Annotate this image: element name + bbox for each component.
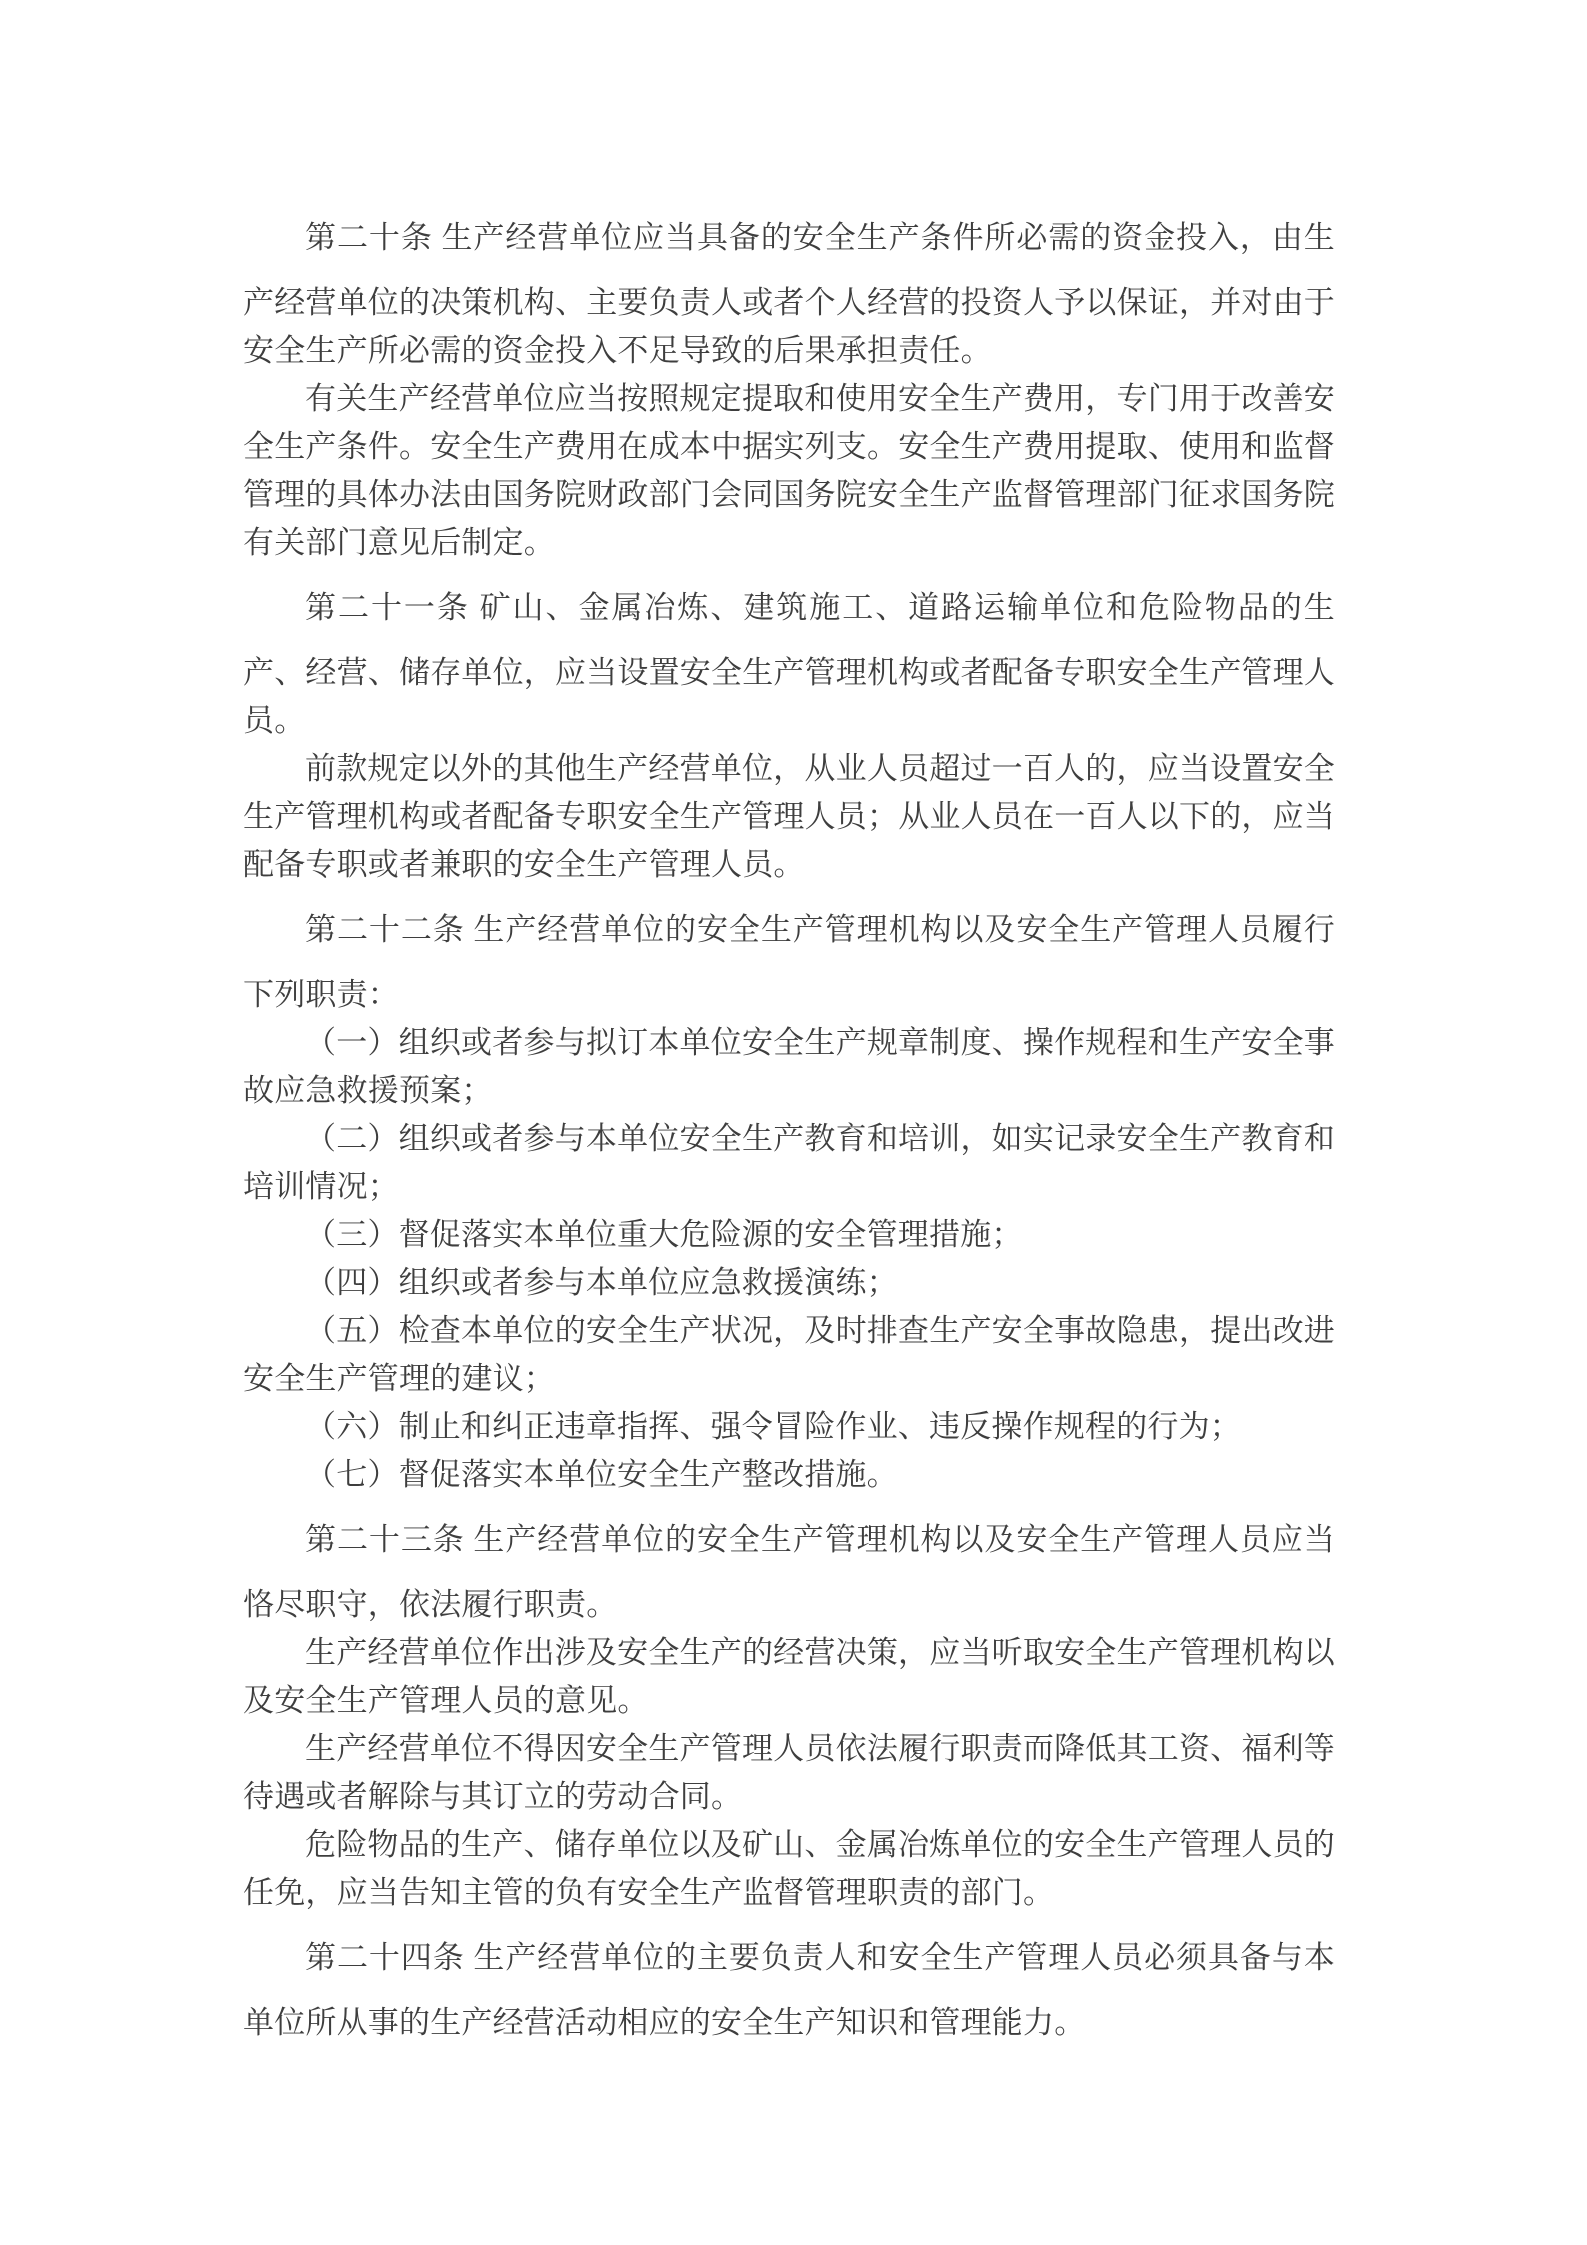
body-paragraph: 危险物品的生产、储存单位以及矿山、金属冶炼单位的安全生产管理人员的任免，应当告知… (243, 1821, 1335, 1917)
article-paragraph: 第二十二条 生产经营单位的安全生产管理机构以及安全生产管理人员履行下列职责： (243, 889, 1335, 1019)
body-paragraph: （五）检查本单位的安全生产状况，及时排查生产安全事故隐患，提出改进安全生产管理的… (243, 1307, 1335, 1403)
body-paragraph: 前款规定以外的其他生产经营单位，从业人员超过一百人的，应当设置安全生产管理机构或… (243, 745, 1335, 889)
body-paragraph: （一）组织或者参与拟订本单位安全生产规章制度、操作规程和生产安全事故应急救援预案… (243, 1019, 1335, 1115)
body-paragraph: （二）组织或者参与本单位安全生产教育和培训，如实记录安全生产教育和培训情况； (243, 1115, 1335, 1211)
body-paragraph: 生产经营单位作出涉及安全生产的经营决策，应当听取安全生产管理机构以及安全生产管理… (243, 1629, 1335, 1725)
article-paragraph: 第二十条 生产经营单位应当具备的安全生产条件所必需的资金投入，由生产经营单位的决… (243, 197, 1335, 375)
body-paragraph: （六）制止和纠正违章指挥、强令冒险作业、违反操作规程的行为； (243, 1403, 1335, 1451)
article-paragraph: 第二十一条 矿山、金属冶炼、建筑施工、道路运输单位和危险物品的生产、经营、储存单… (243, 567, 1335, 745)
article-paragraph: 第二十三条 生产经营单位的安全生产管理机构以及安全生产管理人员应当恪尽职守，依法… (243, 1499, 1335, 1629)
body-paragraph: 生产经营单位不得因安全生产管理人员依法履行职责而降低其工资、福利等待遇或者解除与… (243, 1725, 1335, 1821)
body-paragraph: （三）督促落实本单位重大危险源的安全管理措施； (243, 1211, 1335, 1259)
body-paragraph: （四）组织或者参与本单位应急救援演练； (243, 1259, 1335, 1307)
body-paragraph: （七）督促落实本单位安全生产整改措施。 (243, 1451, 1335, 1499)
document-page: 第二十条 生产经营单位应当具备的安全生产条件所必需的资金投入，由生产经营单位的决… (0, 0, 1587, 2245)
body-paragraph: 有关生产经营单位应当按照规定提取和使用安全生产费用，专门用于改善安全生产条件。安… (243, 375, 1335, 567)
document-body-text: 第二十条 生产经营单位应当具备的安全生产条件所必需的资金投入，由生产经营单位的决… (243, 0, 1335, 2047)
article-paragraph: 第二十四条 生产经营单位的主要负责人和安全生产管理人员必须具备与本单位所从事的生… (243, 1917, 1335, 2047)
